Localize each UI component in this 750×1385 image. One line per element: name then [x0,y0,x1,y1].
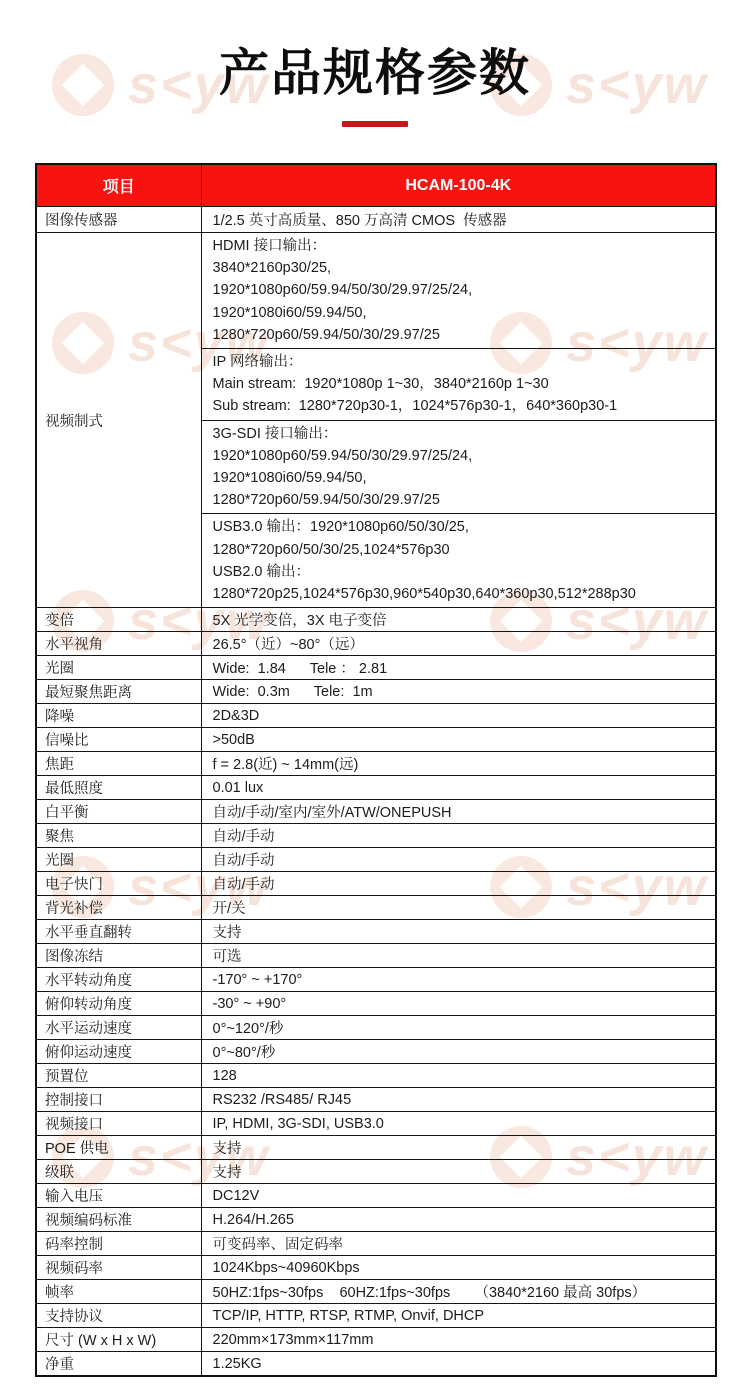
spec-row: 电子快门自动/手动 [36,872,716,896]
spec-row-value: 支持 [201,1136,716,1160]
spec-row-label: 光圈 [36,656,201,680]
table-header-model-column: HCAM-100-4K [201,164,716,207]
spec-row: 视频编码标准H.264/H.265 [36,1208,716,1232]
spec-row-value: 可变码率、固定码率 [201,1232,716,1256]
spec-row: 光圈自动/手动 [36,848,716,872]
spec-row-value: 自动/手动/室内/室外/ATW/ONEPUSH [201,800,716,824]
spec-row-label: 最低照度 [36,776,201,800]
table-header-item-column: 项目 [36,164,201,207]
spec-row-value: 支持 [201,1160,716,1184]
video-format-line: HDMI 接口输出： [213,235,710,257]
spec-row-value: 0°~80°/秒 [201,1040,716,1064]
spec-row-label: 变倍 [36,608,201,632]
spec-row-label: 视频接口 [36,1112,201,1136]
spec-row-label: 码率控制 [36,1232,201,1256]
page-title: 产品规格参数 [0,46,750,101]
video-format-label: 视频制式 [36,233,201,608]
video-format-line: IP 网络输出： [213,351,710,373]
spec-row-label: 水平运动速度 [36,1016,201,1040]
spec-row-label: 级联 [36,1160,201,1184]
spec-row-value: Wide: 1.84 Tele ： 2.81 [201,656,716,680]
video-format-line: 1280*720p60/59.94/50/30/29.97/25 [213,489,710,511]
spec-row-label: 帧率 [36,1280,201,1304]
spec-row-label: 背光补偿 [36,896,201,920]
spec-row: 降噪2D&3D [36,704,716,728]
spec-row-label: 控制接口 [36,1088,201,1112]
video-format-block: IP 网络输出：Main stream: 1920*1080p 1~30，384… [201,349,716,421]
spec-row-label: 视频编码标准 [36,1208,201,1232]
spec-row: POE 供电支持 [36,1136,716,1160]
spec-row: 水平视角26.5°（近）~80°（远） [36,632,716,656]
spec-row: 聚焦自动/手动 [36,824,716,848]
spec-row-value: 自动/手动 [201,872,716,896]
spec-row: 码率控制可变码率、固定码率 [36,1232,716,1256]
spec-row-value: RS232 /RS485/ RJ45 [201,1088,716,1112]
spec-row: 水平转动角度-170° ~ +170° [36,968,716,992]
video-format-block: HDMI 接口输出：3840*2160p30/25,1920*1080p60/5… [201,233,716,349]
spec-row-label: 图像传感器 [36,207,201,233]
spec-row: 净重1.25KG [36,1352,716,1377]
spec-row: 视频接口IP, HDMI, 3G-SDI, USB3.0 [36,1112,716,1136]
spec-row: 水平运动速度0°~120°/秒 [36,1016,716,1040]
spec-row-label: POE 供电 [36,1136,201,1160]
spec-row-value: 支持 [201,920,716,944]
spec-row-value: -30° ~ +90° [201,992,716,1016]
table-header-row: 项目 HCAM-100-4K [36,164,716,207]
spec-row-label: 预置位 [36,1064,201,1088]
spec-row-value: 5X 光学变倍，3X 电子变倍 [201,608,716,632]
spec-row: 水平垂直翻转支持 [36,920,716,944]
spec-row-value: H.264/H.265 [201,1208,716,1232]
spec-row-value: 开/关 [201,896,716,920]
spec-row-value: 26.5°（近）~80°（远） [201,632,716,656]
video-format-line: 1280*720p60/59.94/50/30/29.97/25 [213,324,710,346]
spec-row-label: 图像冻结 [36,944,201,968]
spec-row-label: 视频码率 [36,1256,201,1280]
spec-row-value: 1/2.5 英寸高质量、850 万高清 CMOS 传感器 [201,207,716,233]
spec-row: 级联支持 [36,1160,716,1184]
spec-row: 支持协议TCP/IP, HTTP, RTSP, RTMP, Onvif, DHC… [36,1304,716,1328]
spec-row: 输入电压DC12V [36,1184,716,1208]
video-format-line: 3G-SDI 接口输出： [213,423,710,445]
video-format-line: 1920*1080p60/59.94/50/30/29.97/25/24, [213,445,710,467]
spec-row-value: 自动/手动 [201,848,716,872]
spec-row-value: 128 [201,1064,716,1088]
spec-row-label: 白平衡 [36,800,201,824]
spec-row: 焦距f = 2.8(近) ~ 14mm(远) [36,752,716,776]
spec-row: 预置位128 [36,1064,716,1088]
spec-row-label: 水平视角 [36,632,201,656]
spec-row: 光圈Wide: 1.84 Tele ： 2.81 [36,656,716,680]
spec-row-value: DC12V [201,1184,716,1208]
spec-row-value: Wide: 0.3m Tele: 1m [201,680,716,704]
spec-row: 俯仰运动速度0°~80°/秒 [36,1040,716,1064]
spec-row-value: 220mm×173mm×117mm [201,1328,716,1352]
spec-row-label: 水平转动角度 [36,968,201,992]
video-format-line: 1920*1080p60/59.94/50/30/29.97/25/24, [213,279,710,301]
spec-row-label: 俯仰运动速度 [36,1040,201,1064]
video-format-line: 3840*2160p30/25, [213,257,710,279]
spec-row: 背光补偿开/关 [36,896,716,920]
video-format-block: 3G-SDI 接口输出：1920*1080p60/59.94/50/30/29.… [201,420,716,514]
video-format-line: Sub stream: 1280*720p30-1，1024*576p30-1，… [213,395,710,417]
spec-row-value: f = 2.8(近) ~ 14mm(远) [201,752,716,776]
spec-row-label: 聚焦 [36,824,201,848]
spec-row-value: 0°~120°/秒 [201,1016,716,1040]
spec-row-label: 信噪比 [36,728,201,752]
spec-row-label: 净重 [36,1352,201,1377]
spec-row-value: 自动/手动 [201,824,716,848]
video-format-line: USB2.0 输出：1280*720p25,1024*576p30,960*54… [213,561,710,605]
spec-row: 尺寸 (W x H x W)220mm×173mm×117mm [36,1328,716,1352]
spec-row: 俯仰转动角度-30° ~ +90° [36,992,716,1016]
spec-row-value: >50dB [201,728,716,752]
video-format-line: Main stream: 1920*1080p 1~30，3840*2160p … [213,373,710,395]
spec-row: 最低照度0.01 lux [36,776,716,800]
spec-row-value: 1.25KG [201,1352,716,1377]
spec-row-label: 尺寸 (W x H x W) [36,1328,201,1352]
video-format-row: 视频制式HDMI 接口输出：3840*2160p30/25,1920*1080p… [36,233,716,349]
spec-table-body: 图像传感器1/2.5 英寸高质量、850 万高清 CMOS 传感器视频制式HDM… [36,207,716,1377]
spec-row-label: 光圈 [36,848,201,872]
spec-row-label: 降噪 [36,704,201,728]
spec-table: 项目 HCAM-100-4K 图像传感器1/2.5 英寸高质量、850 万高清 … [35,163,717,1377]
spec-row: 帧率50HZ:1fps~30fps 60HZ:1fps~30fps （3840*… [36,1280,716,1304]
spec-row: 信噪比>50dB [36,728,716,752]
spec-row-value: TCP/IP, HTTP, RTSP, RTMP, Onvif, DHCP [201,1304,716,1328]
spec-row: 图像传感器1/2.5 英寸高质量、850 万高清 CMOS 传感器 [36,207,716,233]
spec-row-value: 可选 [201,944,716,968]
spec-row: 控制接口RS232 /RS485/ RJ45 [36,1088,716,1112]
spec-row-label: 最短聚焦距离 [36,680,201,704]
spec-row-value: 50HZ:1fps~30fps 60HZ:1fps~30fps （3840*21… [201,1280,716,1304]
video-format-line: USB3.0 输出：1920*1080p60/50/30/25, 1280*72… [213,516,710,560]
spec-row: 图像冻结可选 [36,944,716,968]
spec-row: 变倍5X 光学变倍，3X 电子变倍 [36,608,716,632]
spec-row-value: IP, HDMI, 3G-SDI, USB3.0 [201,1112,716,1136]
spec-row-label: 焦距 [36,752,201,776]
spec-row-label: 水平垂直翻转 [36,920,201,944]
video-format-line: 1920*1080i60/59.94/50, [213,467,710,489]
spec-row-value: -170° ~ +170° [201,968,716,992]
spec-row-value: 0.01 lux [201,776,716,800]
spec-row-value: 2D&3D [201,704,716,728]
spec-row: 白平衡自动/手动/室内/室外/ATW/ONEPUSH [36,800,716,824]
spec-row: 最短聚焦距离Wide: 0.3m Tele: 1m [36,680,716,704]
spec-row-label: 俯仰转动角度 [36,992,201,1016]
title-underline-decoration [342,121,408,127]
video-format-line: 1920*1080i60/59.94/50, [213,302,710,324]
spec-row-value: 1024Kbps~40960Kbps [201,1256,716,1280]
spec-row-label: 电子快门 [36,872,201,896]
spec-row-label: 支持协议 [36,1304,201,1328]
spec-row-label: 输入电压 [36,1184,201,1208]
video-format-block: USB3.0 输出：1920*1080p60/50/30/25, 1280*72… [201,514,716,608]
spec-row: 视频码率1024Kbps~40960Kbps [36,1256,716,1280]
